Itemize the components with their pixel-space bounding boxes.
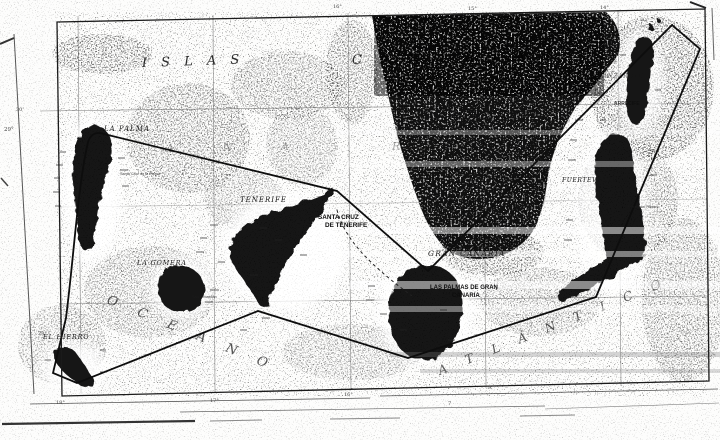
tick-top-14: 14° <box>600 5 609 11</box>
city-label-arrecife: ARRECIFE <box>614 101 640 107</box>
islet-alegranza <box>656 18 660 22</box>
island-label-fuerteventura: FUERTEVENTURA <box>561 177 628 184</box>
island-label-lanzarote: LANZAROTE <box>597 73 643 80</box>
tick-left-28: 28° <box>38 331 47 337</box>
tick-bottom-7: 7 <box>448 401 451 407</box>
scanned-map-page: I S L A S C A N A R I A S A N A R O C E … <box>0 0 720 440</box>
tick-top-16: 16° <box>333 4 342 10</box>
tick-left-29: 29° <box>4 127 14 133</box>
city-label-las-palmas-line2: CANARIA <box>452 293 480 299</box>
island-label-la-gomera: LA GOMERA <box>136 259 187 267</box>
faint-letter-a2: A <box>280 140 289 153</box>
tiny-label-puerto-rosario: Puerto del Rosario <box>628 205 659 209</box>
tick-bottom-18: 18° <box>56 400 65 406</box>
tick-bottom-17: 17° <box>210 398 219 404</box>
tick-bottom-16: 16° <box>344 392 353 398</box>
faint-letter-r: R <box>391 140 400 153</box>
tiny-label-san-sebastian: San Sebastián <box>192 295 217 299</box>
islet-la-graciosa <box>647 24 653 30</box>
island-label-el-hierro: EL HIERRO <box>42 333 89 341</box>
island-label-gran-canaria: GRAN CANARIA <box>428 249 506 258</box>
faint-letter-n: N <box>222 141 233 154</box>
city-label-las-palmas-line1: LAS PALMAS DE GRAN <box>430 285 498 291</box>
canary-islands-map-scan: I S L A S C A N A R I A S A N A R O C E … <box>0 0 720 440</box>
city-label-santa-cruz-line2: DE TENERIFE <box>325 222 368 229</box>
island-label-tenerife: TENERIFE <box>240 196 287 204</box>
tiny-label-santa-cruz-palma: Santa Cruz de la Palma <box>120 172 161 176</box>
tick-top-15: 15° <box>468 6 477 12</box>
island-label-la-palma: LA PALMA <box>103 125 150 133</box>
city-label-santa-cruz-line1: SANTA CRUZ <box>318 214 359 221</box>
tick-left-30min: 30' <box>16 107 24 113</box>
tick-bottom-9: 9 <box>488 385 491 391</box>
